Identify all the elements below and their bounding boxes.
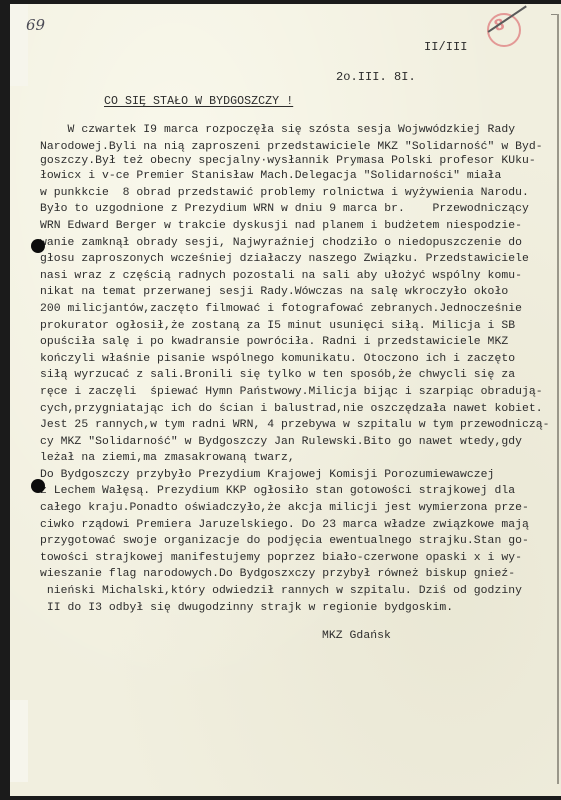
body-line: cych,przygniatając ich do ścian i balust… xyxy=(40,401,550,418)
body-line: goszczy.Był też obecny specjalny·wysłann… xyxy=(40,155,550,168)
punch-hole xyxy=(31,239,45,253)
document-date: 2o.III. 8I. xyxy=(336,70,416,84)
body-line: łowicx i v-ce Premier Stanisław Mach.Del… xyxy=(40,168,550,185)
page-edge-tick xyxy=(551,14,557,15)
body-line: opuściła salę i po kwadransie powróciła.… xyxy=(40,334,550,351)
body-line: wieszanie flag narodowych.Do Bydgoszxczy… xyxy=(40,566,550,583)
body-line: Było to uzgodnione z Prezydium WRN w dni… xyxy=(40,201,550,218)
body-line: siłą wyrzucać z sali.Bronili się tylko w… xyxy=(40,367,550,384)
body-line: całego kraju.Ponadto oświadczyło,że akcj… xyxy=(40,500,550,517)
body-line: WRN Edward Berger w trakcie dyskusji nad… xyxy=(40,218,550,235)
handwritten-page-number: 69 xyxy=(26,16,45,34)
body-line: W czwartek I9 marca rozpoczęła się szóst… xyxy=(40,122,550,139)
body-line: II do I3 odbył się dwugodzinny strajk w … xyxy=(40,600,550,617)
body-line: ręce i zaczęli śpiewać Hymn Państwowy.Mi… xyxy=(40,384,550,401)
body-line: w punkkcie 8 obrad przedstawić problemy … xyxy=(40,185,550,202)
punch-hole xyxy=(31,479,45,493)
body-line: 200 milicjantów,zaczęto filmować i fotog… xyxy=(40,301,550,318)
body-line: Do Bydgoszczy przybyło Prezydium Krajowe… xyxy=(40,467,550,484)
body-line: nieński Michalski,który odwiedził rannyc… xyxy=(40,583,550,600)
document-title: CO SIĘ STAŁO W BYDGOSZCZY ! xyxy=(104,95,293,108)
body-line: Narodowej.Byli na nią zaproszeni przedst… xyxy=(40,139,550,156)
body-line: nasi wraz z częścią radnych pozostali na… xyxy=(40,268,550,285)
document-body: W czwartek I9 marca rozpoczęła się szóst… xyxy=(40,122,550,616)
body-line: kończyli właśnie pisanie wspólnego komun… xyxy=(40,351,550,368)
body-line: wanie zamknął obrady sesji, Najwyraźniej… xyxy=(40,235,550,252)
body-line: prokurator ogłosił,że zostaną za I5 minu… xyxy=(40,318,550,335)
page-right-edge xyxy=(557,14,559,784)
body-line: leżał na ziemi,ma zmasakrowaną twarz, xyxy=(40,450,550,467)
body-line: głosu zaproszonych wcześniej działaczy n… xyxy=(40,251,550,268)
page-edge-strip-lower xyxy=(10,700,28,782)
body-line: nikat na temat przerwanej sesji Rady.Wów… xyxy=(40,284,550,301)
body-line: przygotować swoje organizacje do podjęci… xyxy=(40,533,550,550)
page-reference: II/III xyxy=(424,40,468,54)
body-line: towości strajkowej manifestujemy poprzez… xyxy=(40,550,550,567)
body-line: z Lechem Wałęsą. Prezydium KKP ogłosiło … xyxy=(40,483,550,500)
body-line: Jest 25 rannych,w tym radni WRN, 4 przeb… xyxy=(40,417,550,434)
body-line: cy MKZ "Solidarność" w Bydgoszczy Jan Ru… xyxy=(40,434,550,451)
body-line: ciwko rządowi Premiera Jaruzelskiego. Do… xyxy=(40,517,550,534)
signature: MKZ Gdańsk xyxy=(322,630,391,642)
